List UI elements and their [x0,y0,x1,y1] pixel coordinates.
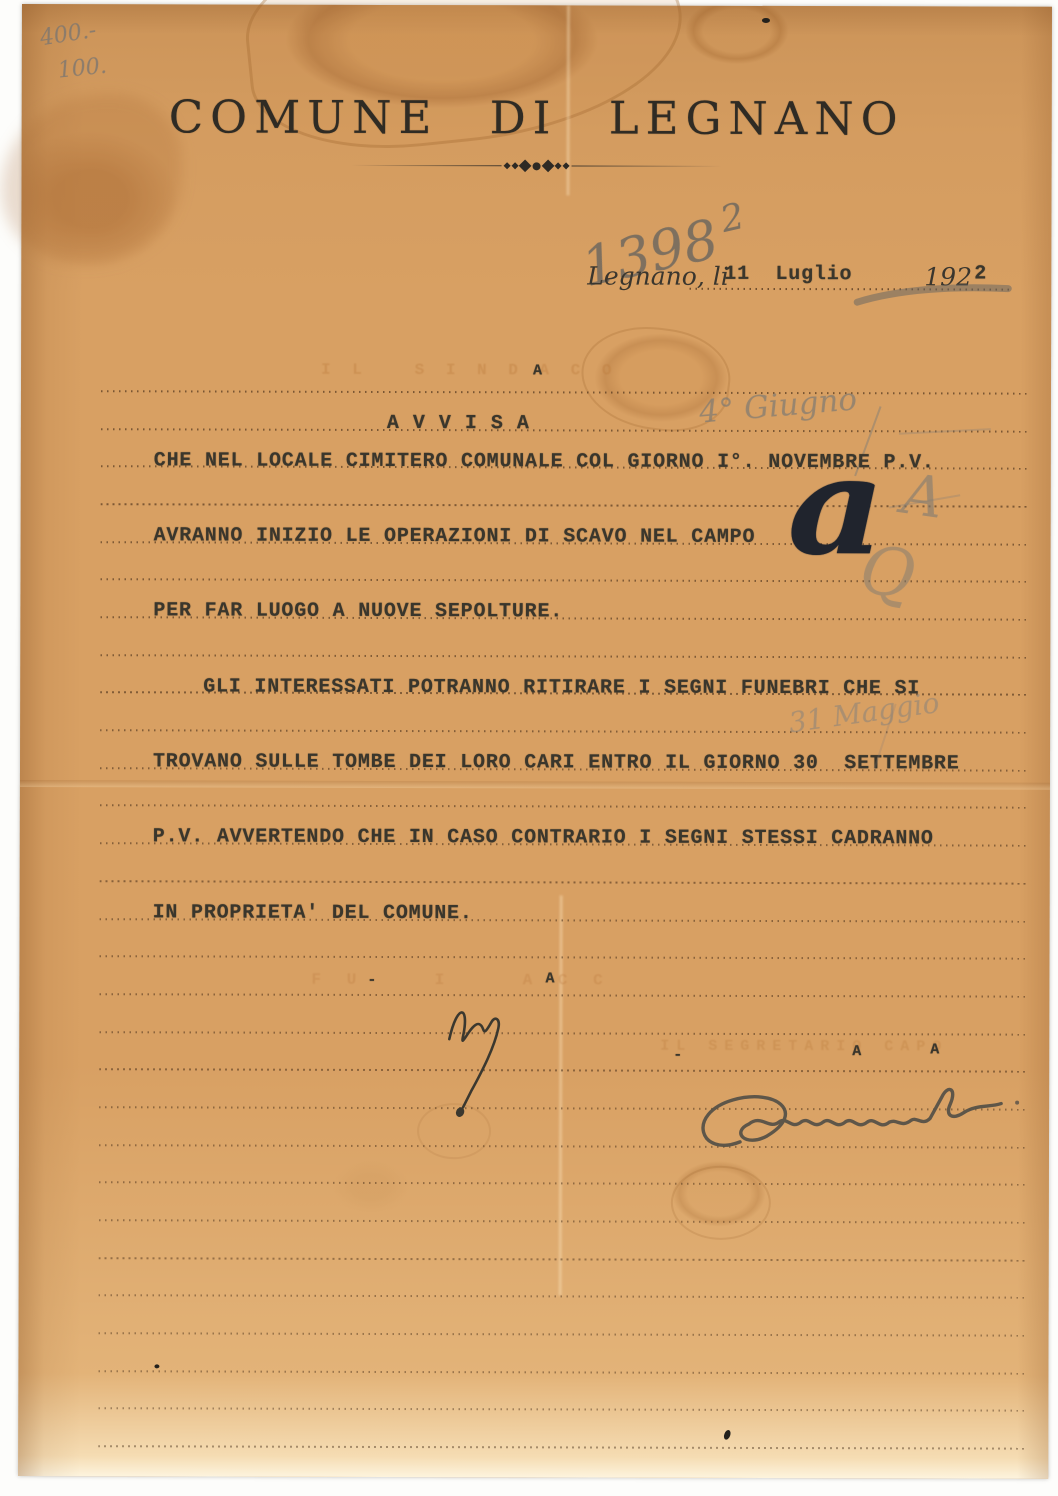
ruled-lines [22,4,1052,7]
water-stain-left [1,94,181,264]
dateline-date: 11 Luglio [724,265,852,285]
ruled-line [100,654,1026,658]
ruled-line [101,503,1027,507]
notice-body-line: AVRANNO INIZIO LE OPERAZIONI DI SCAVO NE… [154,526,756,548]
ghost-stamp-sindaco: I L S I N D A C O [321,361,617,380]
ruled-line [99,1332,1025,1336]
typed-dash-mark: - [367,971,376,991]
ornament-diamond-icon [504,162,511,169]
ghost-stamp-segretario: IL SEGRETARIO CAPO [660,1038,948,1056]
ornament-diamond-icon [519,159,532,172]
ink-initials-signature [417,993,567,1121]
dateline-place: Legnano, li [587,261,729,290]
ink-speck-bottom [723,1429,732,1440]
ornament-diamond-icon [555,162,562,169]
ruled-line [99,1219,1025,1223]
protocol-superscript: 2 [717,196,748,241]
page-title: COMUNE DI LEGNANO [169,90,905,145]
ornament-line-left [352,165,502,167]
ruled-line [98,1445,1024,1449]
notice-body-line: IN PROPRIETA' DEL COMUNE. [153,903,473,924]
ornament-diamond-icon [512,162,519,169]
pencil-field-letter-q: Q [855,530,921,615]
ruled-line [98,1370,1024,1374]
notice-body-line: PER FAR LUOGO A NUOVE SEPOLTURE. [153,601,563,622]
notice-heading: A V V I S A [387,414,530,434]
ink-speck-left [154,1364,159,1368]
ink-speck-top [762,18,770,23]
paper-fold-horizontal [20,780,1050,790]
pencil-note-june: 4° Giugno [698,381,859,430]
ornament-dot-icon [533,162,541,170]
ruled-line [100,804,1026,808]
main-signature [645,1084,1040,1185]
pencil-corner-note-top: 400.- [38,18,98,51]
ruled-line [101,390,1027,394]
notice-body-line: TROVANO SULLE TOMBE DEI LORO CARI ENTRO … [153,752,960,774]
ruled-line [100,880,1026,884]
typed-caret-mark: A [852,1042,861,1062]
ghost-offset-text: F U I A C C [311,971,610,990]
notice-body-line: P.V. AVVERTENDO CHE IN CASO CONTRARIO I … [153,827,934,849]
typed-dash-mark: - [673,1046,682,1066]
document-scan: COMUNE DI LEGNANO 400.- 100. 13982 Legna… [0,0,1058,1496]
typed-caret-mark: A [930,1040,939,1060]
typed-caret-mark: A [545,969,554,989]
notice-body-line: GLI INTERESSATI POTRANNO RITIRARE I SEGN… [203,677,920,699]
ornament-diamond-icon [563,162,570,169]
pencil-corner-note-bottom: 100. [57,54,108,84]
pencil-smudge [853,280,1018,308]
ornament-diamond-icon [542,160,555,173]
ruled-line [99,1294,1025,1298]
typed-caret-mark: A [533,361,542,381]
document-paper: COMUNE DI LEGNANO 400.- 100. 13982 Legna… [18,4,1052,1479]
ruled-line [98,1407,1024,1411]
ruled-line [101,428,1027,432]
